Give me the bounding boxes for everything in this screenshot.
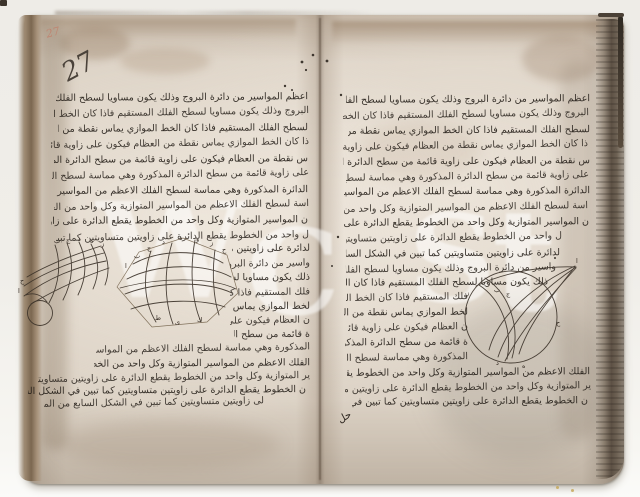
text-line-left-page: لدائرة على زاويتين متساويتين كما تبين في… [232, 243, 310, 256]
text-line-right-page: الدائرة المذكورة وهي مماسة لسطح الفلك ال… [344, 185, 590, 199]
diagram-label: ب [54, 238, 60, 245]
diagram-label: د [162, 239, 165, 246]
text-line-right-page: س نقطة من العظام فيكون على زاوية قائمة م… [343, 155, 590, 169]
diagram-label: ح [556, 320, 560, 327]
dust-speck [571, 489, 574, 492]
text-line-left-page: ذلك يكون مساويا لسطح الفلك المستقيم فاذا… [234, 272, 310, 285]
text-line-left-page: اعظم المواسير من دائرة البروج وذلك يكون … [56, 91, 308, 105]
book-left-edge [18, 15, 42, 481]
diagram-label: ا [576, 258, 578, 265]
text-line-right-page: ة قائمة من سطح الدائرة المذكورة وهي مماس… [345, 337, 468, 350]
diagram-label: ح [20, 278, 24, 285]
text-line-left-page: س نقطة من العظام فيكون على زاوية قائمة م… [54, 153, 308, 167]
text-line-right-page: ن الخطوط يقطع الدائرة على زاويتين متساوي… [352, 395, 588, 409]
text-line-right-page: ذلك يكون مساويا لسطح الفلك المستقيم فاذا… [346, 276, 548, 289]
diagram-label: ه [90, 238, 93, 245]
text-line-right-page: لخط الموازي يماس نقطة من العظام فيكون عل… [344, 307, 468, 320]
book-cover-edge [618, 16, 623, 148]
book-cover-top-edge [598, 13, 624, 17]
text-line-left-page: ن المواسير المتوازية وكل واحد من الخطوط … [51, 214, 308, 228]
dust-speck [556, 486, 559, 489]
text-line-right-page: الفلك الاعظم من المواسير المتوازية وكل و… [347, 366, 590, 380]
diagram-label: د [78, 236, 81, 243]
text-line-left-page: واسير من دائرة البروج وذلك يكون مساويا ل… [230, 257, 310, 270]
text-line-left-page: فلك المستقيم فاذا كان الخط الموازي يماس … [230, 286, 310, 299]
text-line-right-page: ن العظام فيكون على زاوية قائمة من سطح ال… [348, 321, 468, 335]
diagram-label: ب [494, 287, 500, 294]
diagram-label: ز [210, 240, 213, 247]
photo-corner-mark [0, 0, 7, 6]
diagram-label: د [496, 360, 499, 367]
text-line-left-page: ن العظام فيكون على زاوية قائمة من سطح ال… [230, 314, 310, 327]
diagram-label: ز [101, 241, 104, 248]
diagram-label: ج [506, 291, 510, 298]
diagram-label: ب [134, 253, 140, 260]
diagram-label: و [196, 236, 199, 243]
diagram-label: ه [522, 363, 525, 370]
diagram-label: ط [155, 315, 161, 322]
text-line-left-page: الفلك الاعظم من المواسير المتوازية وكل و… [94, 357, 310, 371]
text-line-right-page: فلك المستقيم فاذا كان الخط الموازي يماس … [346, 291, 468, 305]
diagram-label: ج [66, 237, 70, 244]
text-line-left-page: لخط الموازي يماس نقطة من العظام فيكون عل… [232, 301, 310, 314]
diagram-label: ى [175, 319, 180, 326]
manuscript-photo: WCSt 27 27 حل اعظم المواسير من دائرة الب… [0, 0, 640, 497]
text-line-right-page: لسطح الفلك المستقيم فاذا كان الخط المواز… [348, 124, 590, 138]
diagram-label: ح [222, 247, 226, 254]
diagram-label: ه [179, 235, 182, 242]
text-line-right-page: ن المواسير المتوازية وكل واحد من الخطوط … [344, 216, 589, 230]
text-line-left-page: ة قائمة من سطح الدائرة المذكورة وهي مماس… [234, 329, 310, 342]
diagram-label: ك [197, 317, 202, 324]
diagram-label: ا [18, 288, 20, 295]
stain-blob [120, 48, 210, 74]
diagram-label: ا [125, 263, 127, 270]
text-line-right-page: المذكورة وهي مماسة لسطح الفلك الاعظم من … [347, 351, 468, 365]
text-line-right-page: اعظم المواسير من دائرة البروج وذلك يكون … [346, 93, 590, 107]
text-line-left-page: الدائرة المذكورة وهي مماسة لسطح الفلك ال… [56, 184, 308, 198]
text-line-left-page: لسطح الفلك المستقيم فاذا كان الخط المواز… [58, 122, 308, 136]
diagram-label: ج [147, 245, 151, 252]
diagram-label: ز [466, 290, 469, 297]
stain-blob [60, 420, 280, 470]
text-line-right-page: لدائرة على زاويتين متساويتين كما تبين في… [346, 247, 560, 260]
